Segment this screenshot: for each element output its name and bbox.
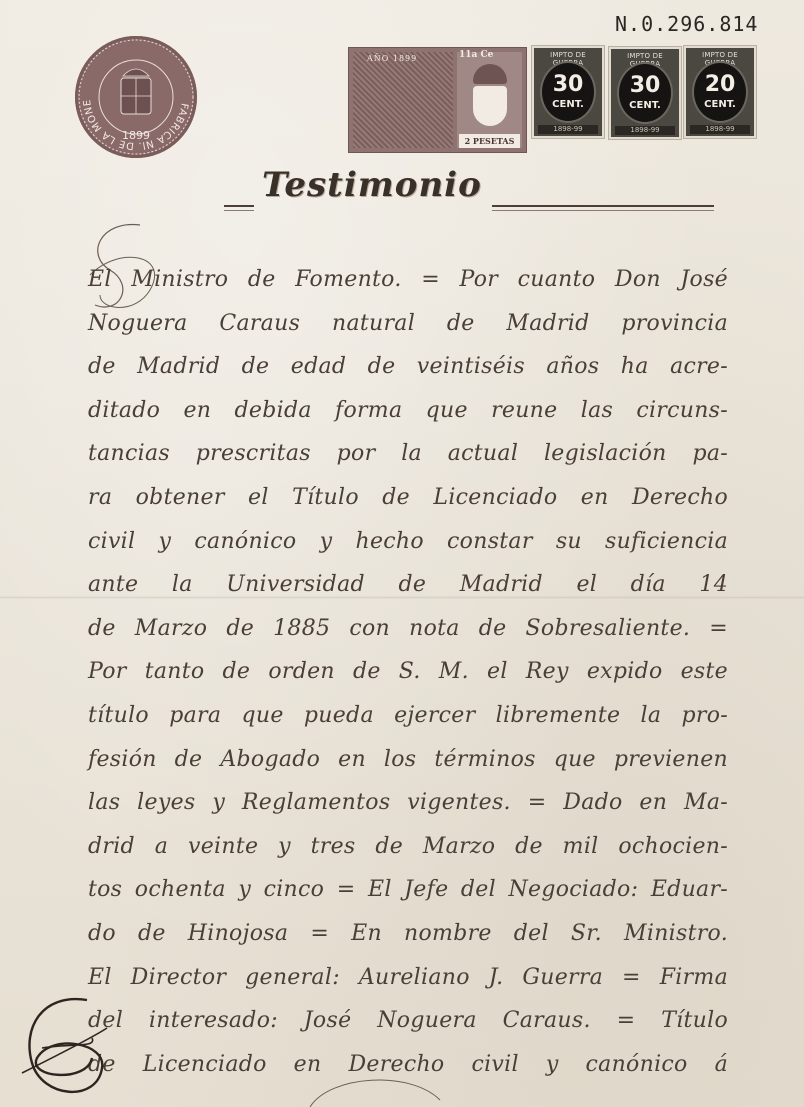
- body-line: civil y canónico y hecho constar su sufi…: [88, 520, 728, 564]
- svg-text:1899: 1899: [122, 129, 150, 142]
- body-line: fesión de Abogado en los términos que pr…: [88, 738, 728, 782]
- bottom-flourish-icon: [300, 1070, 460, 1107]
- body-line: tancias prescritas por la actual legisla…: [88, 432, 728, 476]
- body-line: de Marzo de 1885 con nota de Sobresalien…: [88, 607, 728, 651]
- stamp-year-label: AÑO 1899: [367, 54, 417, 63]
- body-line: drid a veinte y tres de Marzo de mil och…: [88, 825, 728, 869]
- embossed-seal: FABRICA Nl. DE LA MONEDA Y TIMBRE 1899: [75, 36, 197, 158]
- stamp-years: 1898-99: [615, 126, 675, 135]
- stamp-years: 1898-99: [538, 125, 598, 134]
- stamp-value: 30: [611, 73, 679, 98]
- stamp-value: 30: [534, 72, 602, 97]
- body-line: ra obtener el Título de Licenciado en De…: [88, 476, 728, 520]
- heading-rule-left: [224, 205, 254, 207]
- blank-shield-icon: [473, 86, 507, 126]
- coat-of-arms-icon: FABRICA Nl. DE LA MONEDA Y TIMBRE 1899: [75, 36, 197, 158]
- body-line: do de Hinojosa = En nombre del Sr. Minis…: [88, 912, 728, 956]
- body-line: las leyes y Reglamentos vigentes. = Dado…: [88, 781, 728, 825]
- stamp-unit: CENT.: [686, 99, 754, 110]
- body-line: El Ministro de Fomento. = Por cuanto Don…: [88, 258, 728, 302]
- stamp-years: 1898-99: [690, 125, 750, 134]
- war-tax-stamp: IMPTO DE GUERRA 30 CENT. 1898-99: [532, 46, 604, 138]
- stamp-value-label: 2 PESETAS: [459, 134, 520, 148]
- body-line: de Madrid de edad de veintiséis años ha …: [88, 345, 728, 389]
- stamp-unit: CENT.: [534, 99, 602, 110]
- body-line: ditado en debida forma que reune las cir…: [88, 389, 728, 433]
- fiscal-stamp-2-pesetas: AÑO 1899 11a Ce 2 PESETAS: [348, 47, 527, 153]
- body-line: Noguera Caraus natural de Madrid provinc…: [88, 302, 728, 346]
- body-line: ante la Universidad de Madrid el día 14: [88, 563, 728, 607]
- stamp-value: 20: [686, 72, 754, 97]
- stamp-class-label: 11a Ce: [459, 50, 493, 60]
- body-line: título para que pueda ejercer libremente…: [88, 694, 728, 738]
- heading-rule-right: [492, 205, 714, 207]
- body-line: tos ochenta y cinco = El Jefe del Negoci…: [88, 868, 728, 912]
- serial-number: N.0.296.814: [615, 12, 758, 36]
- body-line: El Director general: Aureliano J. Guerra…: [88, 956, 728, 1000]
- handwritten-body: El Ministro de Fomento. = Por cuanto Don…: [88, 258, 728, 1086]
- body-line: Por tanto de orden de S. M. el Rey expid…: [88, 650, 728, 694]
- war-tax-stamp: IMPTO DE GUERRA 30 CENT. 1898-99: [609, 47, 681, 139]
- war-tax-stamp: IMPTO DE GUERRA 20 CENT. 1898-99: [684, 46, 756, 138]
- document-heading: Testimonio: [262, 165, 482, 205]
- stamp-unit: CENT.: [611, 100, 679, 111]
- signature-flourish-icon: [12, 988, 122, 1103]
- allegorical-figure-panel: [353, 52, 453, 148]
- body-line: del interesado: José Noguera Caraus. = T…: [88, 999, 728, 1043]
